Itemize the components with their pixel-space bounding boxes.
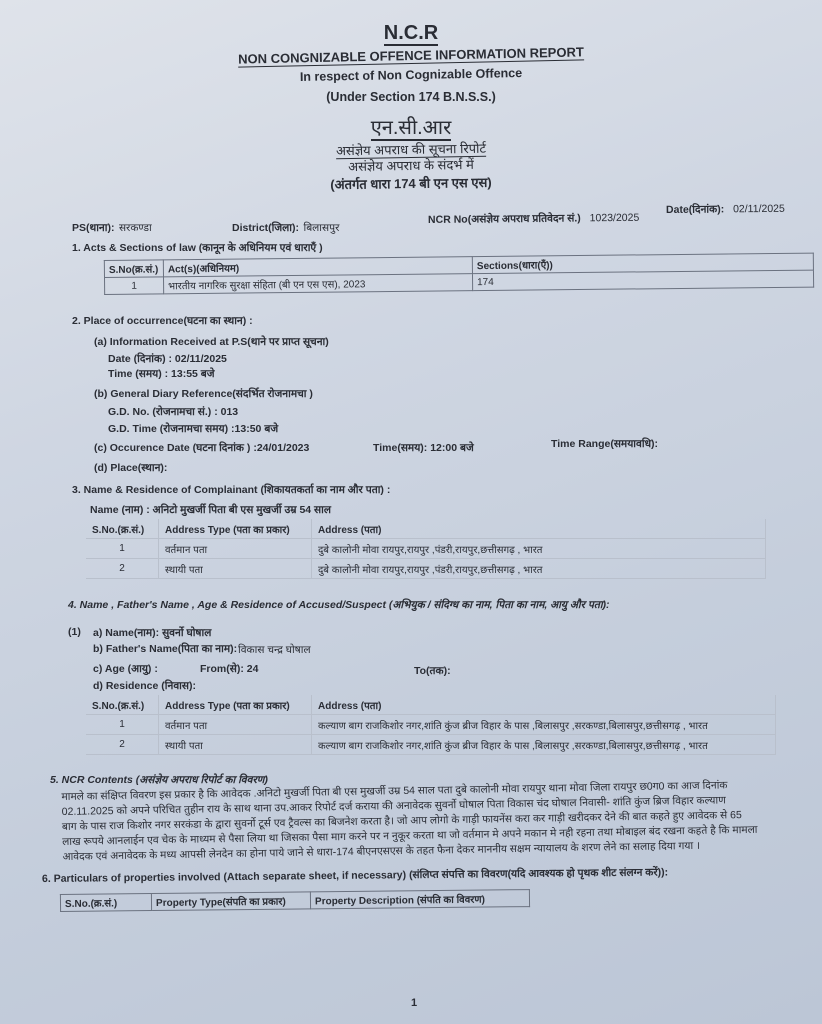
cell-address-type: वर्तमान पता xyxy=(159,539,312,559)
ncr-no-field: NCR No(असंज्ञेय अपराध प्रतिवेदन सं.) 102… xyxy=(428,208,639,228)
occurrence-date: (c) Occurence Date (घटना दिनांक ) :24/01… xyxy=(94,441,309,455)
accused-father-label: b) Father's Name(पिता का नाम): xyxy=(93,642,237,656)
col-sno: S.No(क्र.सं.) xyxy=(104,260,163,278)
col-sno: S.No.(क्र.सं.) xyxy=(86,695,159,715)
ps-label: PS(थाना): xyxy=(72,222,114,234)
cell-sno: 2 xyxy=(86,735,159,755)
ncr-no-value: 1023/2025 xyxy=(590,212,640,225)
accused-address-table: S.No.(क्र.सं.) Address Type (पता का प्रक… xyxy=(86,695,776,755)
cell-sno: 2 xyxy=(86,559,159,579)
properties-table: S.No.(क्र.सं.) Property Type(संपति का प्… xyxy=(60,889,530,912)
date-value: 02/11/2025 xyxy=(733,203,785,216)
page-number: 1 xyxy=(411,997,417,1009)
section1-heading: 1. Acts & Sections of law (कानून के अधिन… xyxy=(72,241,323,255)
district-value: बिलासपुर xyxy=(303,222,339,234)
section3-heading: 3. Name & Residence of Complainant (शिका… xyxy=(72,483,390,497)
district-field: District(जिला): बिलासपुर xyxy=(232,218,339,236)
info-received-heading: (a) Information Received at P.S(थाने पर … xyxy=(94,335,329,349)
district-label: District(जिला): xyxy=(232,222,299,234)
cell-address: कल्याण बाग राजकिशोर नगर,शांति कुंज ब्रीज… xyxy=(312,715,776,735)
table-row: 2 स्थायी पता दुबे कालोनी मोवा रायपुर,राय… xyxy=(86,559,766,579)
complainant-table-header: S.No.(क्र.सं.) Address Type (पता का प्रक… xyxy=(86,519,766,539)
col-property-type: Property Type(संपति का प्रकार) xyxy=(151,892,310,911)
cell-address-type: स्थायी पता xyxy=(159,559,312,579)
table-row: 2 स्थायी पता कल्याण बाग राजकिशोर नगर,शां… xyxy=(86,735,776,755)
col-address: Address (पता) xyxy=(312,695,776,715)
ncr-no-label: NCR No(असंज्ञेय अपराध प्रतिवेदन सं.) xyxy=(428,212,581,226)
cell-sno: 1 xyxy=(104,277,163,295)
date-label: Date(दिनांक): xyxy=(666,203,724,216)
accused-table-header: S.No.(क्र.सं.) Address Type (पता का प्रक… xyxy=(86,695,776,715)
col-address-type: Address Type (पता का प्रकार) xyxy=(159,695,312,715)
cell-sno: 1 xyxy=(86,715,159,735)
gd-time: G.D. Time (रोजनामचा समय) :13:50 बजे xyxy=(108,422,278,436)
section2-heading: 2. Place of occurrence(घटना का स्थान) : xyxy=(72,314,253,328)
col-address: Address (पता) xyxy=(312,519,766,539)
cell-address: दुबे कालोनी मोवा रायपुर,रायपुर ,पंडरी,रा… xyxy=(312,559,766,579)
col-property-description: Property Description (संपति का विवरण) xyxy=(310,890,529,909)
accused-name: a) Name(नाम): सुवर्नो घोषाल xyxy=(93,626,211,640)
col-sno: S.No.(क्र.सं.) xyxy=(60,894,151,912)
date-field: Date(दिनांक): 02/11/2025 xyxy=(666,199,785,218)
accused-age-to: To(तक): xyxy=(414,664,451,678)
complainant-address-table: S.No.(क्र.सं.) Address Type (पता का प्रक… xyxy=(86,519,766,579)
ps-value: सरकण्डा xyxy=(119,222,152,234)
col-address-type: Address Type (पता का प्रकार) xyxy=(159,519,312,539)
properties-table-header: S.No.(क्र.सं.) Property Type(संपति का प्… xyxy=(60,890,529,912)
accused-father-value: विकास चन्द्र घोषाल xyxy=(238,643,311,657)
section4-heading: 4. Name , Father's Name , Age & Residenc… xyxy=(68,598,610,612)
acts-table: S.No(क्र.सं.) Act(s)(अधिनियम) Sections(ध… xyxy=(104,253,814,295)
section5-heading: 5. NCR Contents (असंज्ञेय अपराध रिपोर्ट … xyxy=(50,773,268,787)
table-row: 1 वर्तमान पता दुबे कालोनी मोवा रायपुर,रा… xyxy=(86,539,766,559)
ncr-contents-body: मामले का संक्षिप्त विवरण इस प्रकार है कि… xyxy=(61,778,758,865)
occurrence-time-range: Time Range(समयावधि): xyxy=(551,437,658,451)
cell-sno: 1 xyxy=(86,539,159,559)
cell-section: 174 xyxy=(472,270,813,291)
ps-field: PS(थाना): सरकण्डा xyxy=(72,218,152,236)
doc-section-line: (Under Section 174 B.N.S.S.) xyxy=(0,90,822,104)
cell-address: कल्याण बाग राजकिशोर नगर,शांति कुंज ब्रीज… xyxy=(312,735,776,755)
occurrence-time: Time(समय): 12:00 बजे xyxy=(373,441,474,455)
section6-heading: 6. Particulars of properties involved (A… xyxy=(42,865,668,886)
info-received-date: Date (दिनांक) : 02/11/2025 xyxy=(108,352,227,366)
accused-age-from: From(से): 24 xyxy=(200,662,258,676)
info-received-time: Time (समय) : 13:55 बजे xyxy=(108,367,215,381)
occurrence-place: (d) Place(स्थान): xyxy=(94,461,167,475)
cell-act: भारतीय नागरिक सुरक्षा संहिता (बी एन एस ए… xyxy=(163,274,472,294)
complainant-name: Name (नाम) : अनिटो मुखर्जी पिता बी एस मु… xyxy=(90,503,331,517)
gd-reference-heading: (b) General Diary Reference(संदर्भित रोज… xyxy=(94,387,313,401)
accused-residence-label: d) Residence (निवास): xyxy=(93,679,196,693)
cell-address: दुबे कालोनी मोवा रायपुर,रायपुर ,पंडरी,रा… xyxy=(312,539,766,559)
cell-address-type: स्थायी पता xyxy=(159,735,312,755)
col-sno: S.No.(क्र.सं.) xyxy=(86,519,159,539)
accused-age-label: c) Age (आयु) : xyxy=(93,662,158,676)
accused-index: (1) xyxy=(68,626,81,638)
ncr-document-page: N.C.R NON CONGNIZABLE OFFENCE INFORMATIO… xyxy=(0,0,822,1024)
gd-number: G.D. No. (रोजनामचा सं.) : 013 xyxy=(108,405,238,419)
table-row: 1 वर्तमान पता कल्याण बाग राजकिशोर नगर,शा… xyxy=(86,715,776,735)
cell-address-type: वर्तमान पता xyxy=(159,715,312,735)
